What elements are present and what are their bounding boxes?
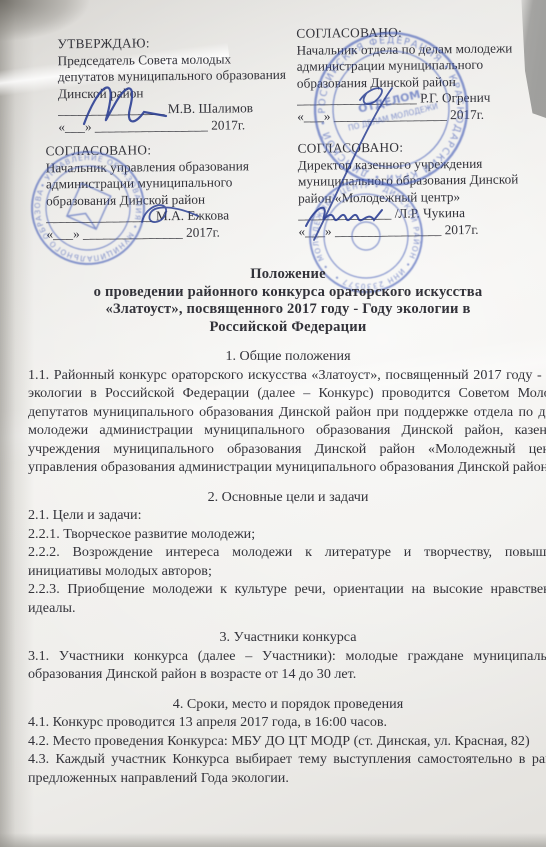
section-heading: 3. Участники конкурса: [28, 628, 546, 647]
signature-chukina: [298, 196, 408, 236]
section-heading: 2. Основные цели и задачи: [28, 488, 546, 507]
paragraph: 2.2.1. Творческое развитие молодежи;: [28, 525, 546, 544]
document-title: Положение о проведении районного конкурс…: [26, 266, 546, 336]
paragraph: 4.3. Каждый участник Конкурса выбирает т…: [28, 750, 546, 787]
signature-shalimov: [70, 72, 230, 134]
paragraph: 2.2.3. Приобщение молодежи к культуре ре…: [28, 580, 546, 617]
section-heading: 1. Общие положения: [28, 347, 546, 366]
document-body: 1. Общие положения 1.1. Районный конкурс…: [28, 347, 546, 787]
paragraph: 3.1. Участники конкурса (далее – Участни…: [28, 647, 546, 684]
paragraph: 1.1. Районный конкурс ораторского искусс…: [28, 366, 546, 477]
section-heading: 4. Сроки, место и порядок проведения: [28, 695, 546, 714]
title-line: о проведении районного конкурса ораторск…: [26, 284, 546, 302]
section-general: 1. Общие положения 1.1. Районный конкурс…: [28, 347, 546, 477]
title-line: «Златоуст», посвященного 2017 году - Год…: [26, 301, 546, 319]
title-line: Российской Федерации: [26, 319, 546, 337]
scan-edge-bottom: [0, 833, 546, 847]
seal-book-emblem: [67, 183, 111, 229]
paragraph: 2.2.2. Возрождение интереса молодежи к л…: [28, 543, 546, 580]
paragraph: 2.1. Цели и задачи:: [28, 506, 546, 525]
scanned-document-page: УТВЕРЖДАЮ: Председатель Совета молодых д…: [0, 0, 546, 847]
paragraph: 4.1. Конкурс проводится 13 апреля 2017 г…: [28, 713, 546, 732]
section-goals: 2. Основные цели и задачи 2.1. Цели и за…: [28, 488, 546, 618]
title-line: Положение: [26, 266, 546, 284]
paragraph: 4.2. Место проведения Конкурса: МБУ ДО Ц…: [28, 732, 546, 751]
signature-ezhkova: [128, 196, 218, 232]
section-participants: 3. Участники конкурса 3.1. Участники кон…: [28, 628, 546, 684]
section-schedule: 4. Сроки, место и порядок проведения 4.1…: [28, 695, 546, 788]
